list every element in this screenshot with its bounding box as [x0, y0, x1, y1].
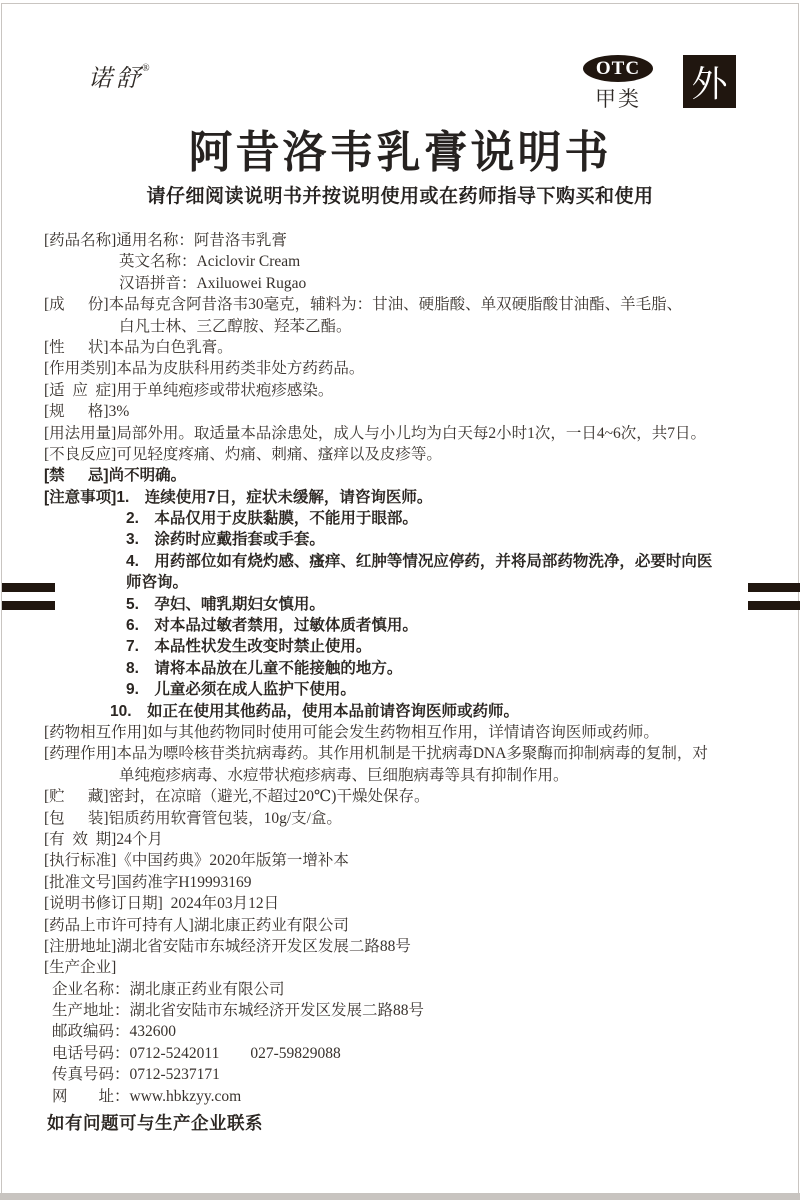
otc-badge: OTC 甲类	[583, 55, 653, 113]
body-line: [规 格]3%	[44, 401, 800, 422]
registration-mark-right-top	[748, 583, 800, 592]
body-line: 英文名称：Aciclovir Cream	[44, 251, 800, 272]
leaflet-page: { "colors": { "ink": "#2e2925", "bar": "…	[0, 0, 800, 1200]
footer-note: 如有问题可与生产企业联系	[47, 1110, 263, 1135]
body-lines: [药品名称]通用名称：阿昔洛韦乳膏英文名称：Aciclovir Cream汉语拼…	[44, 230, 800, 1107]
body-line: 白凡士林、三乙醇胺、羟苯乙酯。	[44, 316, 800, 337]
body-line: [包 装]铝质药用软膏管包装，10g/支/盒。	[44, 808, 800, 829]
body-line: 2. 本品仅用于皮肤黏膜，不能用于眼部。	[44, 508, 800, 529]
brand-name: 诺舒	[88, 66, 144, 92]
body-line: 9. 儿童必须在成人监护下使用。	[44, 679, 800, 700]
body-line: 师咨询。	[44, 572, 800, 593]
usage-notice: 请仔细阅读说明书并按说明使用或在药师指导下购买和使用	[0, 181, 800, 208]
body-line: [贮 藏]密封，在凉暗（避光,不超过20℃)干燥处保存。	[44, 786, 800, 807]
body-line: [药理作用]本品为嘌呤核苷类抗病毒药。其作用机制是干扰病毒DNA多聚酶而抑制病毒…	[44, 743, 800, 764]
body-line: 5. 孕妇、哺乳期妇女慎用。	[44, 594, 800, 615]
body-line: 单纯疱疹病毒、水痘带状疱疹病毒、巨细胞病毒等具有抑制作用。	[44, 765, 800, 786]
body-line: 10. 如正在使用其他药品，使用本品前请咨询医师或药师。	[44, 701, 800, 722]
body-line: [注意事项]1. 连续使用7日，症状未缓解，请咨询医师。	[44, 487, 800, 508]
body-line: [说明书修订日期] 2024年03月12日	[44, 893, 800, 914]
body-line: [药品上市许可持有人]湖北康正药业有限公司	[44, 915, 800, 936]
body-line: [作用类别]本品为皮肤科用药类非处方药药品。	[44, 358, 800, 379]
body-line: 网 址：www.hbkzyy.com	[44, 1086, 800, 1107]
body-line: [用法用量]局部外用。取适量本品涂患处，成人与小儿均为白天每2小时1次，一日4~…	[44, 423, 800, 444]
otc-class-label: 甲类	[583, 83, 653, 113]
body-line: [禁 忌]尚不明确。	[44, 465, 800, 486]
registration-mark-left-top	[2, 583, 55, 592]
body-line: [不良反应]可见轻度疼痛、灼痛、刺痛、瘙痒以及皮疹等。	[44, 444, 800, 465]
body-line: [生产企业]	[44, 957, 800, 978]
otc-icon: OTC	[583, 55, 653, 82]
body-line: 生产地址：湖北省安陆市东城经济开发区发展二路88号	[44, 1000, 800, 1021]
body-line: [批准文号]国药准字H19993169	[44, 872, 800, 893]
brand-logo: 诺舒®	[88, 58, 152, 93]
body-line: [成 份]本品每克含阿昔洛韦30毫克，辅料为：甘油、硬脂酸、单双硬脂酸甘油酯、羊…	[44, 294, 800, 315]
page-title: 阿昔洛韦乳膏说明书	[0, 116, 800, 180]
body-line: 企业名称：湖北康正药业有限公司	[44, 979, 800, 1000]
body-line: [性 状]本品为白色乳膏。	[44, 337, 800, 358]
registered-trademark-icon: ®	[142, 63, 150, 74]
body-line: 汉语拼音：Axiluowei Rugao	[44, 273, 800, 294]
body-line: [药品名称]通用名称：阿昔洛韦乳膏	[44, 230, 800, 251]
external-use-mark: 外	[683, 55, 736, 108]
body-line: 3. 涂药时应戴指套或手套。	[44, 529, 800, 550]
registration-mark-left-bottom	[2, 601, 55, 610]
body-line: 7. 本品性状发生改变时禁止使用。	[44, 636, 800, 657]
body-line: 4. 用药部位如有烧灼感、瘙痒、红肿等情况应停药，并将局部药物洗净，必要时向医	[44, 551, 800, 572]
body-line: [药物相互作用]如与其他药物同时使用可能会发生药物相互作用，详情请咨询医师或药师…	[44, 722, 800, 743]
registration-mark-right-bottom	[748, 601, 800, 610]
body-line: [注册地址]湖北省安陆市东城经济开发区发展二路88号	[44, 936, 800, 957]
body-line: [有 效 期]24个月	[44, 829, 800, 850]
body-line: 8. 请将本品放在儿童不能接触的地方。	[44, 658, 800, 679]
body-line: 6. 对本品过敏者禁用，过敏体质者慎用。	[44, 615, 800, 636]
body-line: 传真号码：0712-5237171	[44, 1064, 800, 1085]
body-line: 邮政编码：432600	[44, 1021, 800, 1042]
body-line: 电话号码：0712-5242011 027-59829088	[44, 1043, 800, 1064]
body-line: [适 应 症]用于单纯疱疹或带状疱疹感染。	[44, 380, 800, 401]
bottom-edge	[0, 1193, 800, 1200]
body-line: [执行标准]《中国药典》2020年版第一增补本	[44, 850, 800, 871]
